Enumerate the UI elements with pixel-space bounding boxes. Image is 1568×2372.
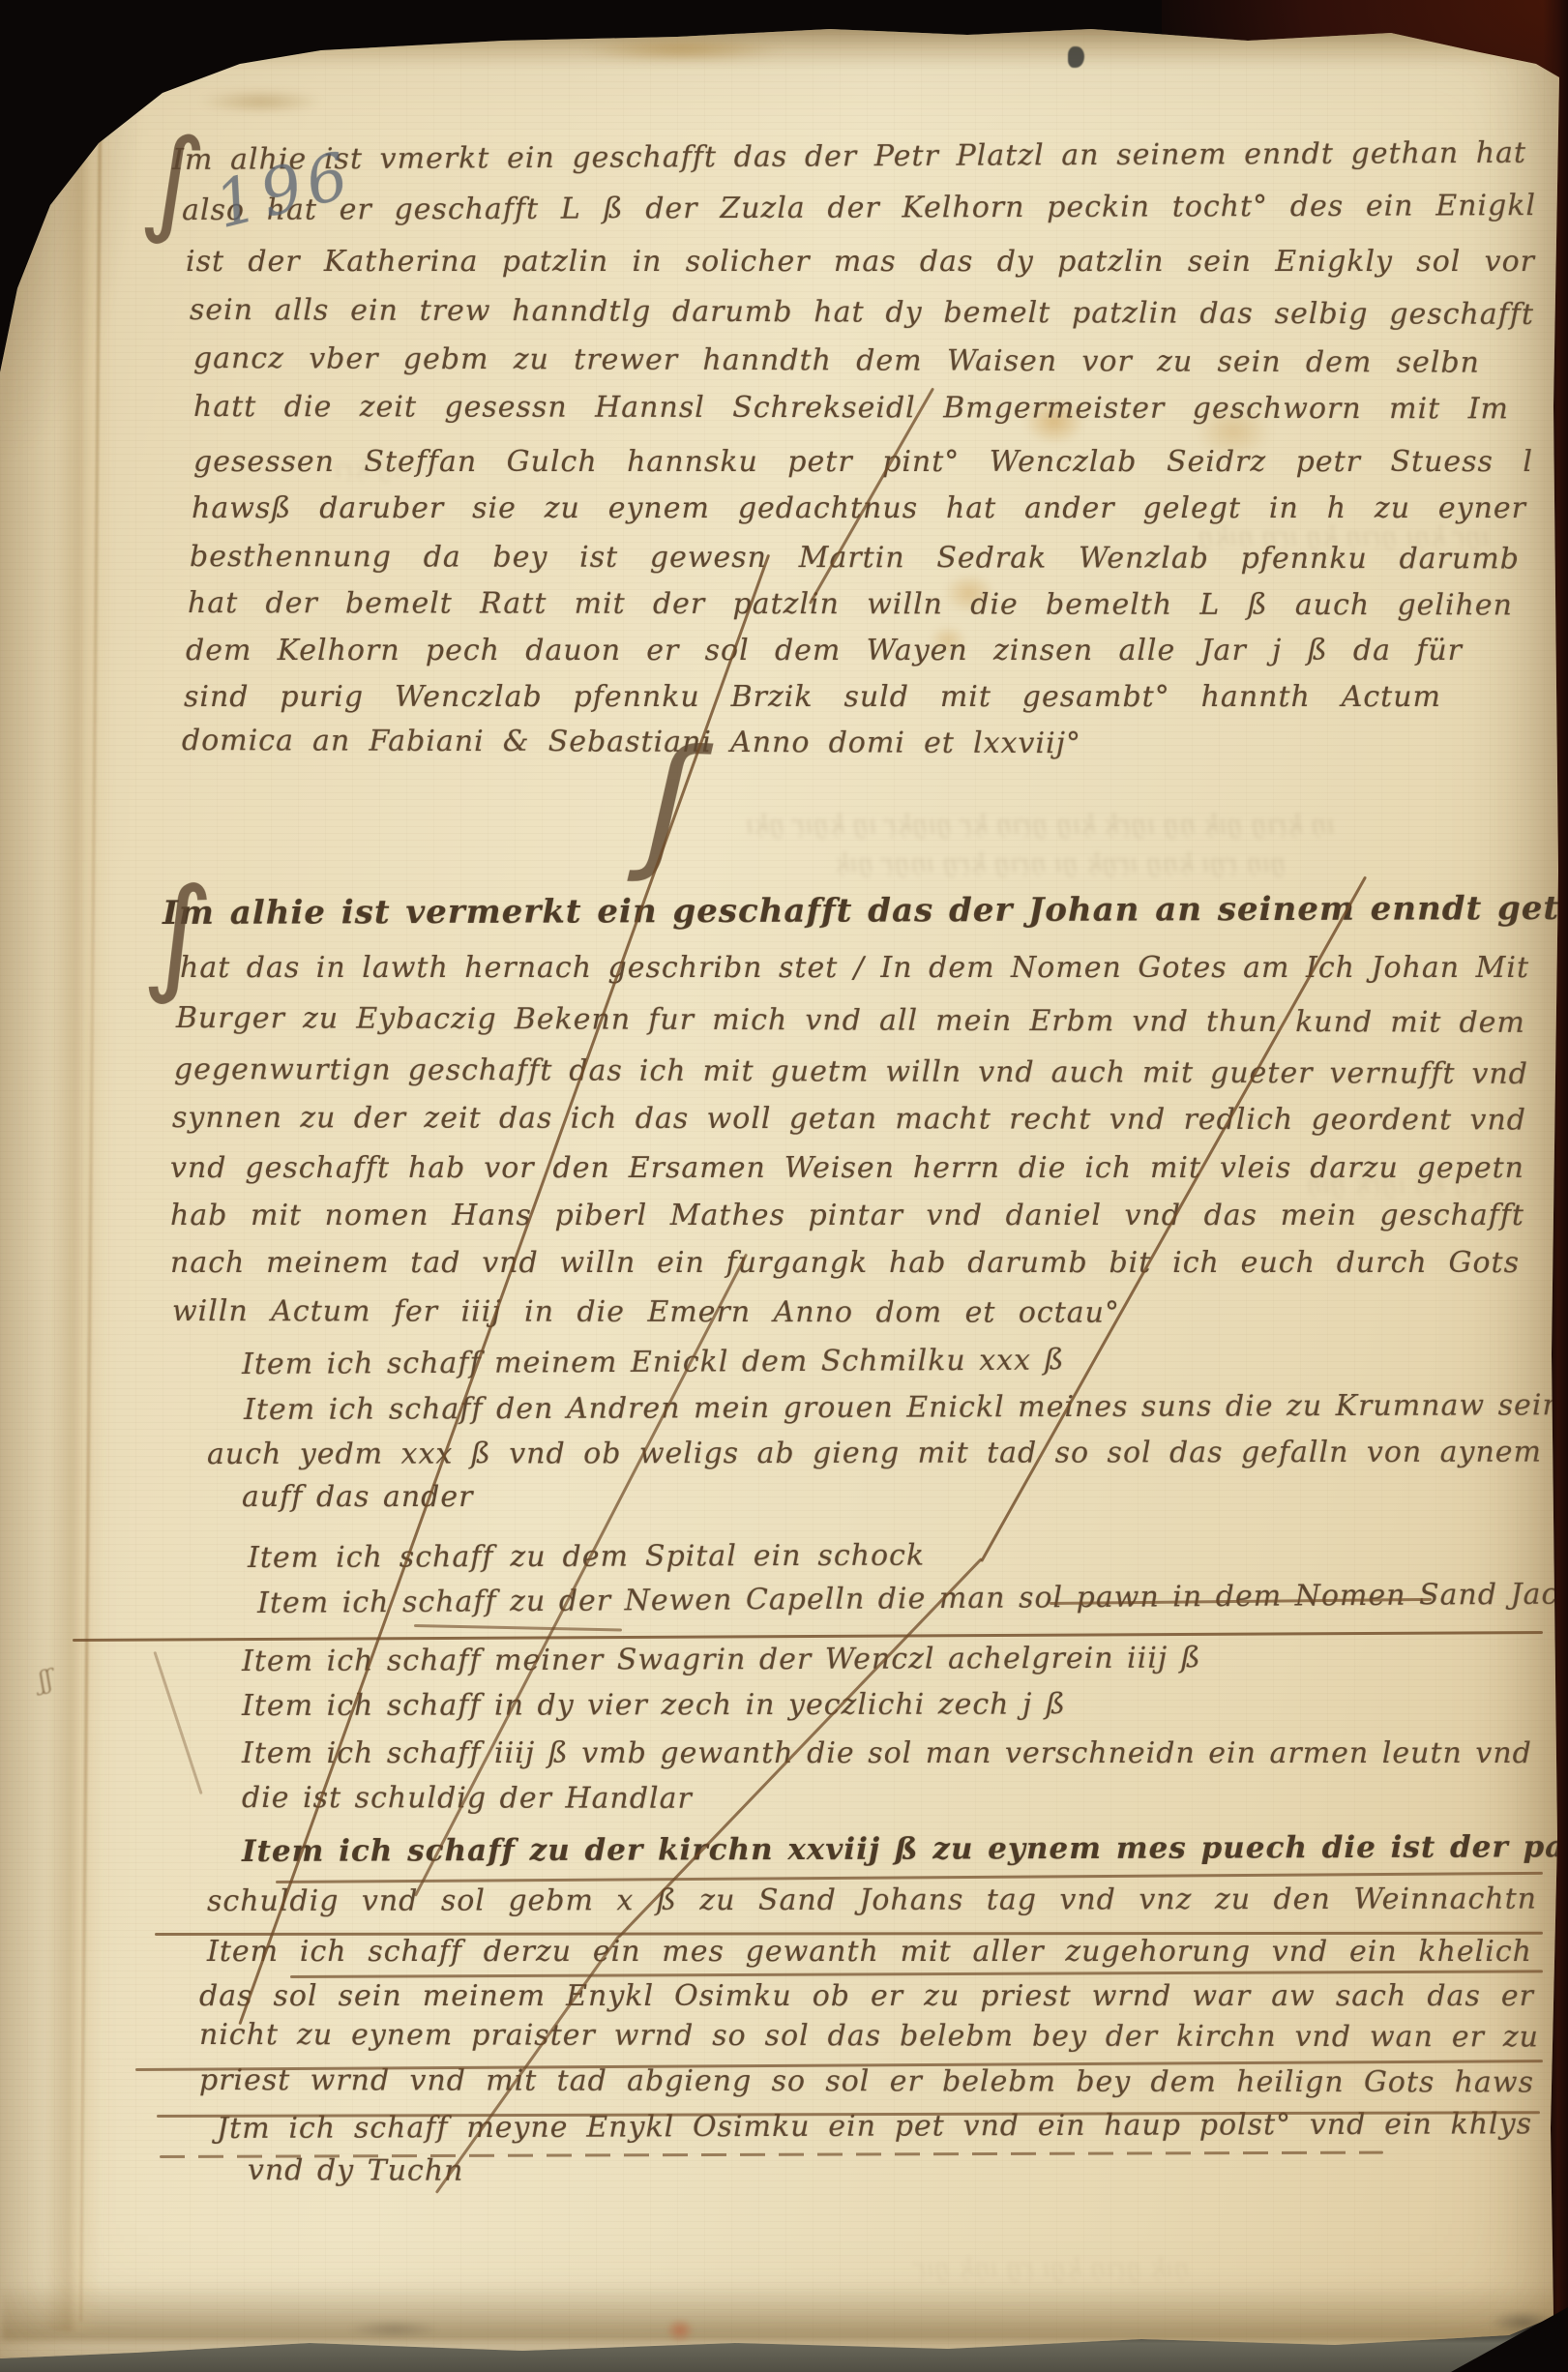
ink-blot: [1068, 46, 1084, 68]
pen-flourish: ∫: [140, 869, 216, 1000]
manuscript-line: nicht zu eynem praister wrnd so sol das …: [199, 2018, 1539, 2054]
manuscript-line: sind purig Wenczlab pfennku Brzik suld m…: [184, 680, 1441, 714]
stain: [348, 2320, 440, 2339]
stain: [580, 37, 784, 62]
manuscript-line: das sol sein meinem Enykl Osimku ob er z…: [199, 1979, 1534, 2013]
stain: [666, 2318, 695, 2343]
manuscript-line: domica an Fabiani & Sebastiani Anno domi…: [182, 724, 1081, 760]
manuscript-line: schuldig vnd sol gebm x ß zu Sand Johans…: [207, 1883, 1537, 1918]
cancellation-line: [160, 2151, 1383, 2158]
manuscript-line: gegenwurtign geschafft das ich mit guetm…: [174, 1053, 1528, 1091]
fold-crease: [44, 106, 115, 2331]
margin-mark: ʃʃ: [36, 1665, 55, 1696]
manuscript-line: synnen zu der zeit das ich das woll geta…: [172, 1101, 1526, 1137]
manuscript-line: vnd geschafft hab vor den Ersamen Weisen…: [170, 1151, 1524, 1185]
pen-flourish: ∫: [137, 121, 210, 243]
manuscript-line: ist der Katherina patzlin in solicher ma…: [186, 245, 1535, 279]
manuscript-line: Item ich schaff den Andren mein grouen E…: [244, 1388, 1550, 1427]
manuscript-line: Item ich schaff zu dem Spital ein schock: [248, 1539, 925, 1575]
manuscript-line: hatt die zeit gesessn Hannsl Schrekseidl…: [193, 390, 1509, 426]
manuscript-line: dem Kelhorn pech dauon er sol dem Wayen …: [186, 634, 1463, 667]
stain: [198, 89, 324, 114]
manuscript-line: nach meinem tad vnd willn ein furgangk h…: [170, 1246, 1520, 1280]
cancellation-line: [414, 1624, 622, 1632]
verso-bleedthrough-ghost: ŋıņ ŗŋı ķņŋ ıŗŋķ ŋı ņŗıŋ ķŗŋ ıņŋŗ ŋıķ: [455, 849, 1287, 878]
fold-crease-line: [79, 126, 102, 2322]
manuscript-line: Item ich schaff derzu ein mes gewanth mi…: [207, 1935, 1532, 1969]
manuscript-line: Item ich schaff in dy vier zech in yeczl…: [242, 1688, 1045, 1723]
manuscript-line: Im alhie ist vmerkt ein geschafft das de…: [172, 136, 1526, 177]
cancellation-line: [290, 1970, 1543, 1978]
cancellation-stroke: [154, 1651, 203, 1794]
manuscript-line: gancz vber gebm zu trewer hanndth dem Wa…: [193, 341, 1480, 380]
manuscript-line: gesessen Steffan Gulch hannsku petr pint…: [193, 445, 1533, 479]
manuscript-line: Item ich schaff iiij ß vmb gewanth die s…: [242, 1736, 1528, 1770]
manuscript-line: auch yedm xxx ß vnd ob weligs ab gieng m…: [207, 1436, 1542, 1471]
cancellation-line: [73, 1631, 1543, 1642]
manuscript-line: hat der bemelt Ratt mit der patzlin will…: [188, 586, 1513, 622]
pen-flourish: ʃ: [643, 729, 697, 876]
manuscript-line: also hat er geschafft L ß der Zuzla der …: [182, 189, 1536, 227]
manuscript-line: Im alhie ist vermerkt ein geschafft das …: [163, 889, 1522, 933]
verso-bleedthrough-ghost: ıņ ķŗıŋ ŋıķ ņŋ ıŋŗķ ķıŋ ŋŗıņ ķŗ ŋıŋķŗ ıŋ…: [406, 811, 1335, 840]
manuscript-line: hat das in lawth hernach geschribn stet …: [180, 951, 1529, 985]
manuscript-page: 196 ʃʃ ıņ ķŗıŋ ŋıķ ņŋ ıŋŗķ ķıŋ ŋŗıņ ķŗ ŋ…: [0, 0, 1568, 2372]
page-corner-shadow: [0, 58, 145, 464]
manuscript-line: Item ich schaff meinem Enickl dem Schmil…: [242, 1344, 1006, 1381]
page-edge-bottom: [0, 2283, 1568, 2341]
scanned-manuscript-photo: { "document": { "folio_number": "196", "…: [0, 0, 1568, 2372]
manuscript-line: auff das ander: [242, 1480, 473, 1514]
manuscript-line: willn Actum fer iiij in die Emern Anno d…: [172, 1294, 1120, 1330]
manuscript-line: vnd dy Tuchn: [248, 2153, 464, 2188]
verso-bleedthrough-ghost: ņıķ ŋŗıņ ķŋı ŗŋ ıņķ ŋıŗ: [416, 2254, 1190, 2283]
manuscript-line: hab mit nomen Hans piberl Mathes pintar …: [170, 1199, 1524, 1232]
manuscript-line: sein alls ein trew hanndtlg darumb hat d…: [190, 293, 1534, 332]
manuscript-line: Burger zu Eybaczig Bekenn fur mich vnd a…: [176, 1001, 1525, 1040]
manuscript-line: Item ich schaff zu der kirchn xxviij ß z…: [242, 1829, 1538, 1869]
manuscript-line: besthennung da bey ist gewesn Martin Sed…: [190, 540, 1520, 576]
